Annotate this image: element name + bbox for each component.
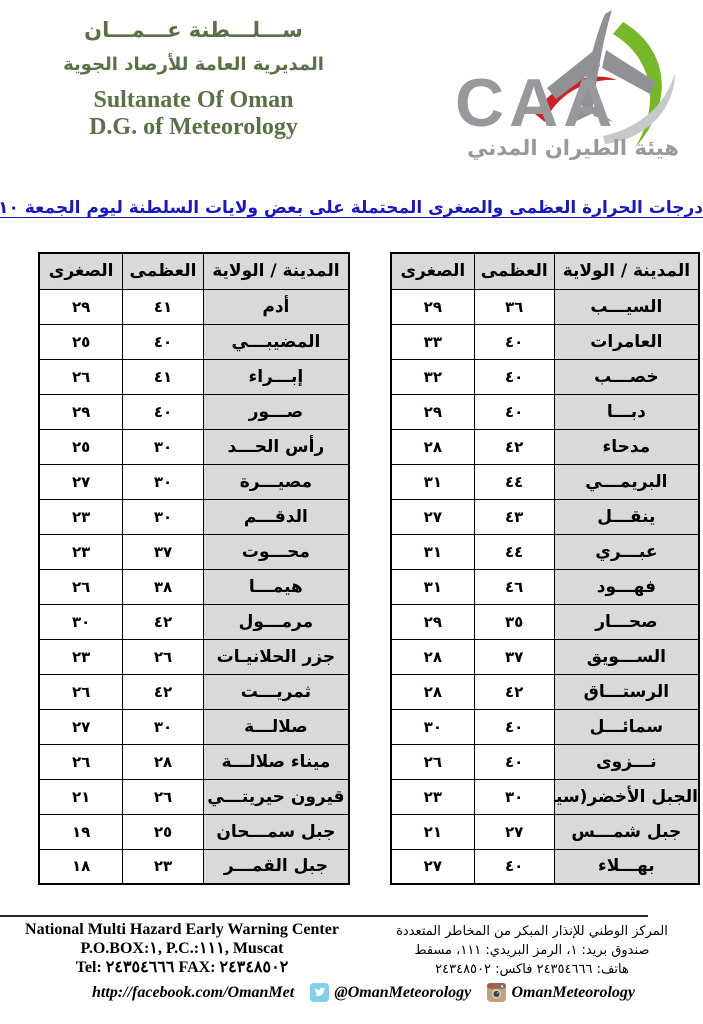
max-temp-cell: ٤١ [123,289,204,324]
table-row: ٢١٢٦قيرون حيريتـــي [39,779,349,814]
org-name-arabic: ســـلـــطنة عـــمـــان [26,18,361,42]
table-row: ٣٢٤٠خصـــب [391,359,699,394]
table-row: ٣٠٤٢مرمـــول [39,604,349,639]
min-temp-cell: ٢٥ [39,324,123,359]
instagram-handle: OmanMeteorology [511,984,635,1002]
temperature-table-right: الصغرى العظمى المدينة / الولاية ٢٩٣٦السي… [390,252,700,885]
max-temp-cell: ٣٥ [474,604,554,639]
city-cell: هيمـــا [203,569,349,604]
max-temp-cell: ٤٢ [474,429,554,464]
table-row: ٣١٤٤البريمـــي [391,464,699,499]
table-row: ٢٧٣٠مصيـــرة [39,464,349,499]
table-row: ٢٩٣٥صحـــار [391,604,699,639]
max-temp-cell: ٤٠ [474,709,554,744]
max-temp-cell: ٤٠ [474,849,554,884]
footer-ar-center-name: المركز الوطني للإنذار المبكر من المخاطر … [373,922,691,941]
max-temp-cell: ٤٠ [474,359,554,394]
city-cell: محـــوت [203,534,349,569]
city-cell: ثمريـــت [203,674,349,709]
footer-english-block: National Multi Hazard Early Warning Cent… [2,920,362,979]
twitter-link[interactable]: @OmanMeteorology [310,983,471,1002]
min-temp-cell: ٢١ [39,779,123,814]
max-temp-cell: ٢٥ [123,814,204,849]
table-row: ٢٩٤٠دبـــا [391,394,699,429]
col-header-max: العظمى [474,253,554,289]
max-temp-cell: ٣٨ [123,569,204,604]
max-temp-cell: ٣٦ [474,289,554,324]
table-row: ٢٦٤٢ثمريـــت [39,674,349,709]
max-temp-cell: ٤٢ [474,674,554,709]
city-cell: دبـــا [554,394,699,429]
min-temp-cell: ٢٣ [39,499,123,534]
city-cell: إبـــراء [203,359,349,394]
min-temp-cell: ٢٣ [391,779,474,814]
table-row: ١٨٢٣جبل القمـــر [39,849,349,884]
city-cell: صـــور [203,394,349,429]
table-row: ٢٧٤٣ينقـــل [391,499,699,534]
table-row: ٢٩٣٦السيـــب [391,289,699,324]
max-temp-cell: ٤٤ [474,534,554,569]
table-row: ٢١٢٧جبل شمـــس [391,814,699,849]
min-temp-cell: ٢٥ [39,429,123,464]
footer-en-address: P.O.BOX:١, P.C.:١١١, Muscat [2,939,362,958]
table-row: ٢٥٣٠رأس الحـــد [39,429,349,464]
city-cell: البريمـــي [554,464,699,499]
min-temp-cell: ٢٦ [39,569,123,604]
table-row: ٢٣٢٦جزر الحلانيـات [39,639,349,674]
footer-en-center-name: National Multi Hazard Early Warning Cent… [2,920,362,939]
max-temp-cell: ٤٢ [123,674,204,709]
footer-ar-address: صندوق بريد: ١، الرمز البريدي: ١١١، مسقط [373,941,691,960]
min-temp-cell: ٣١ [391,534,474,569]
col-header-city: المدينة / الولاية [203,253,349,289]
city-cell: جزر الحلانيـات [203,639,349,674]
min-temp-cell: ٣٠ [39,604,123,639]
table-row: ٢٣٣٧محـــوت [39,534,349,569]
org-name-english: Sultanate Of Oman [26,87,361,114]
city-cell: مرمـــول [203,604,349,639]
table-row: ٢٨٤٢الرستـــاق [391,674,699,709]
min-temp-cell: ٢٧ [391,849,474,884]
table-row: ١٩٢٥جبل سمـــحان [39,814,349,849]
min-temp-cell: ٢٨ [391,674,474,709]
org-block: ســـلـــطنة عـــمـــان المديرية العامة ل… [26,8,361,164]
min-temp-cell: ٣٠ [391,709,474,744]
city-cell: صلالـــة [203,709,349,744]
table-row: ٢٧٤٠بهـــلاء [391,849,699,884]
footer-ar-phone: هاتف: ٢٤٣٥٤٦٦٦ فاكس: ٢٤٣٤٨٥٠٢ [373,960,691,979]
min-temp-cell: ٢٦ [39,359,123,394]
city-cell: عبـــري [554,534,699,569]
max-temp-cell: ٤٠ [474,324,554,359]
city-cell: ينقـــل [554,499,699,534]
table-row: ٢٣٣٠الجبل الأخضر(سيق) [391,779,699,814]
twitter-icon [310,983,329,1002]
max-temp-cell: ٤١ [123,359,204,394]
header: ســـلـــطنة عـــمـــان المديرية العامة ل… [0,0,703,164]
table-row: ٢٦٤٠نـــزوى [391,744,699,779]
min-temp-cell: ٢٦ [39,744,123,779]
city-cell: قيرون حيريتـــي [203,779,349,814]
table-row: ٢٨٣٧الســـويق [391,639,699,674]
min-temp-cell: ٣٣ [391,324,474,359]
min-temp-cell: ١٩ [39,814,123,849]
table-row: ٣١٤٦فهـــود [391,569,699,604]
min-temp-cell: ٢٧ [39,464,123,499]
weather-bulletin-page: ســـلـــطنة عـــمـــان المديرية العامة ل… [0,0,703,1002]
org-dept-english: D.G. of Meteorology [26,114,361,141]
max-temp-cell: ٢٧ [474,814,554,849]
max-temp-cell: ٤٠ [474,744,554,779]
min-temp-cell: ٢٣ [39,534,123,569]
table-row: ٢٥٤٠المضيبـــي [39,324,349,359]
city-cell: رأس الحـــد [203,429,349,464]
min-temp-cell: ٢٦ [391,744,474,779]
max-temp-cell: ٢٨ [123,744,204,779]
city-cell: أدم [203,289,349,324]
table-header-row: الصغرى العظمى المدينة / الولاية [391,253,699,289]
max-temp-cell: ٣٧ [123,534,204,569]
footer-en-phone: Tel: ٢٤٣٥٤٦٦٦ FAX: ٢٤٣٤٨٥٠٢ [2,958,362,977]
min-temp-cell: ٢٩ [39,289,123,324]
caa-airplane-logo-icon: CAA هيئة الطيران المدني [455,8,695,160]
city-cell: جبل سمـــحان [203,814,349,849]
max-temp-cell: ٣٠ [123,499,204,534]
city-cell: جبل شمـــس [554,814,699,849]
col-header-min: الصغرى [39,253,123,289]
table-row: ٢٩٤٠صـــور [39,394,349,429]
caa-logo-text: CAA [455,65,617,141]
table-header-row: الصغرى العظمى المدينة / الولاية [39,253,349,289]
city-cell: الدقـــم [203,499,349,534]
city-cell: الجبل الأخضر(سيق) [554,779,699,814]
max-temp-cell: ٣٧ [474,639,554,674]
instagram-link[interactable]: OmanMeteorology [487,983,635,1002]
col-header-max: العظمى [123,253,204,289]
min-temp-cell: ٢٧ [391,499,474,534]
max-temp-cell: ٤٦ [474,569,554,604]
table-row: ٢٨٤٢مدحاء [391,429,699,464]
max-temp-cell: ٤٠ [474,394,554,429]
table-row: ٣٠٤٠سمائـــل [391,709,699,744]
max-temp-cell: ٢٣ [123,849,204,884]
col-header-min: الصغرى [391,253,474,289]
city-cell: بهـــلاء [554,849,699,884]
min-temp-cell: ٢٦ [39,674,123,709]
city-cell: خصـــب [554,359,699,394]
city-cell: نـــزوى [554,744,699,779]
max-temp-cell: ٤٠ [123,394,204,429]
instagram-icon [487,983,506,1002]
city-cell: فهـــود [554,569,699,604]
city-cell: مصيـــرة [203,464,349,499]
min-temp-cell: ٢٩ [391,289,474,324]
city-cell: السيـــب [554,289,699,324]
max-temp-cell: ٣٠ [123,429,204,464]
social-row: http://facebook.com/OmanMet @OmanMeteoro… [0,979,703,1002]
caa-logo: CAA هيئة الطيران المدني [452,8,697,164]
facebook-url-link[interactable]: http://facebook.com/OmanMet [92,984,294,1002]
table-row: ٢٩٤١أدم [39,289,349,324]
table-row: ٢٦٤١إبـــراء [39,359,349,394]
twitter-handle: @OmanMeteorology [334,984,471,1002]
min-temp-cell: ٣٢ [391,359,474,394]
tables-section: الصغرى العظمى المدينة / الولاية ٢٩٤١أدم٢… [0,228,703,885]
max-temp-cell: ٤٤ [474,464,554,499]
table-row: ٢٦٣٨هيمـــا [39,569,349,604]
city-cell: مدحاء [554,429,699,464]
footer-arabic-block: المركز الوطني للإنذار المبكر من المخاطر … [373,920,691,979]
max-temp-cell: ٢٦ [123,639,204,674]
city-cell: جبل القمـــر [203,849,349,884]
min-temp-cell: ٢٩ [39,394,123,429]
min-temp-cell: ١٨ [39,849,123,884]
max-temp-cell: ٤٣ [474,499,554,534]
caa-logo-arabic-text: هيئة الطيران المدني [467,136,679,160]
table-row: ٣٣٤٠العامرات [391,324,699,359]
max-temp-cell: ٢٦ [123,779,204,814]
city-cell: العامرات [554,324,699,359]
city-cell: الســـويق [554,639,699,674]
table-row: ٢٧٣٠صلالـــة [39,709,349,744]
table-row: ٣١٤٤عبـــري [391,534,699,569]
min-temp-cell: ٢٧ [39,709,123,744]
min-temp-cell: ٢٩ [391,604,474,639]
min-temp-cell: ٢٨ [391,639,474,674]
org-dept-arabic: المديرية العامة للأرصاد الجوية [26,54,361,75]
city-cell: سمائـــل [554,709,699,744]
bulletin-title: درجات الحرارة العظمى والصغرى المحتملة عل… [0,198,703,228]
min-temp-cell: ٢٣ [39,639,123,674]
min-temp-cell: ٢٨ [391,429,474,464]
min-temp-cell: ٢٩ [391,394,474,429]
max-temp-cell: ٣٠ [123,464,204,499]
footer: National Multi Hazard Early Warning Cent… [0,915,703,1002]
min-temp-cell: ٢١ [391,814,474,849]
max-temp-cell: ٣٠ [123,709,204,744]
min-temp-cell: ٣١ [391,464,474,499]
table-row: ٢٣٣٠الدقـــم [39,499,349,534]
city-cell: المضيبـــي [203,324,349,359]
city-cell: الرستـــاق [554,674,699,709]
max-temp-cell: ٤٠ [123,324,204,359]
min-temp-cell: ٣١ [391,569,474,604]
temperature-table-left: الصغرى العظمى المدينة / الولاية ٢٩٤١أدم٢… [38,252,350,885]
max-temp-cell: ٤٢ [123,604,204,639]
col-header-city: المدينة / الولاية [554,253,699,289]
table-row: ٢٦٢٨ميناء صلالـــة [39,744,349,779]
city-cell: ميناء صلالـــة [203,744,349,779]
city-cell: صحـــار [554,604,699,639]
max-temp-cell: ٣٠ [474,779,554,814]
